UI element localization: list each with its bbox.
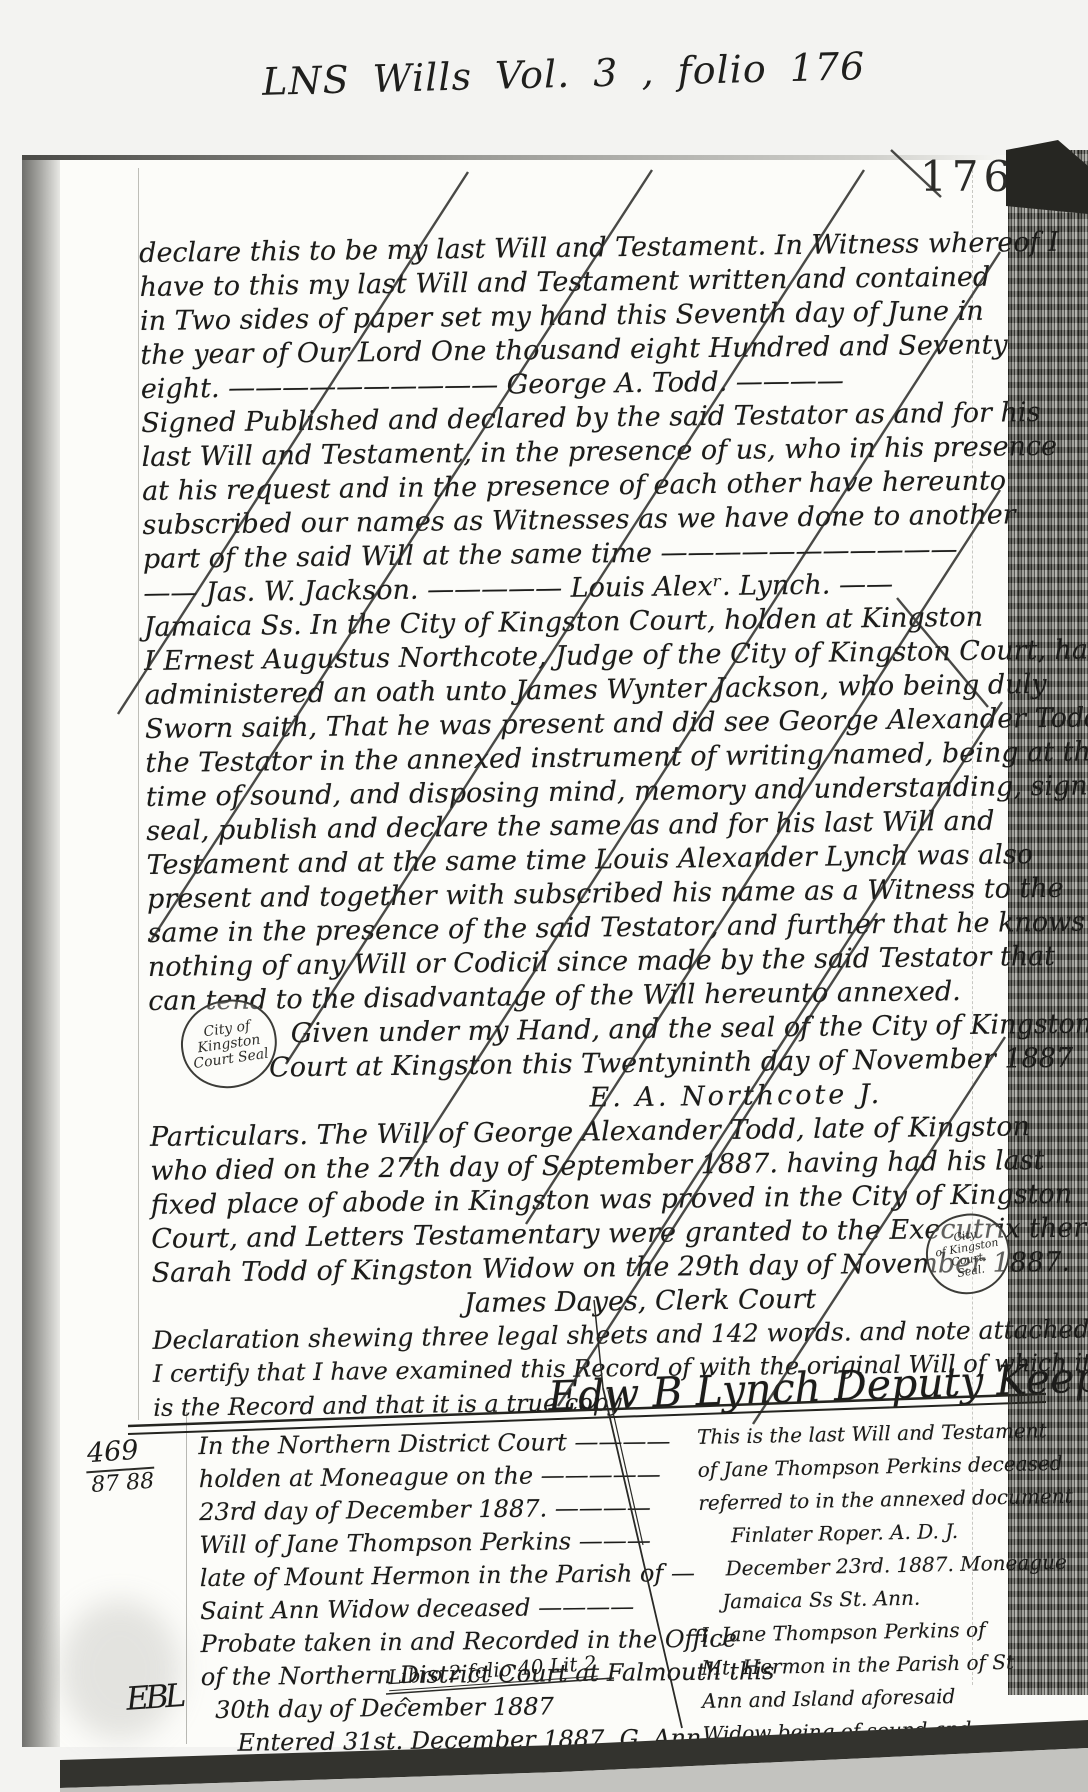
bottom-right-column: This is the last Will and Testamentof Ja…	[697, 1419, 1003, 1755]
ruled-margin-line-upper	[138, 168, 139, 1420]
docket-number: 469 87 88	[84, 1434, 156, 1499]
handwritten-line: In the Northern District Court ————	[198, 1428, 598, 1465]
scanned-will-register-page: LNS Wills Vol. 3 , folio 176 176 declare…	[0, 0, 1088, 1792]
handwritten-line: Entered 31st. December 1887. G. Ann ——	[237, 1725, 601, 1762]
handwritten-line: late of Mount Hermon in the Parish of —	[200, 1560, 600, 1597]
ruled-margin-line-lower	[186, 1412, 187, 1744]
caret-mark: ^	[398, 1694, 413, 1715]
binding-gutter-shadow	[22, 155, 60, 1747]
handwritten-line: Widow being of sound and	[703, 1716, 1004, 1755]
handwritten-line: Will of Jane Thompson Perkins ———	[199, 1527, 599, 1564]
main-record-text: declare this to be my last Will and Test…	[139, 227, 1013, 1427]
handwritten-line: December 23rd. 1887. Moneague	[725, 1551, 1000, 1589]
page-number: 176	[920, 152, 1015, 201]
archivist-header-annotation: LNS Wills Vol. 3 , folio 176	[262, 44, 866, 104]
handwritten-line: holden at Moneague on the —————	[199, 1461, 599, 1498]
handwritten-line: E. A. Northcote J.	[589, 1077, 1009, 1116]
ink-smudge	[60, 1600, 180, 1740]
handwritten-line: Jamaica Ss St. Ann.	[722, 1584, 1001, 1622]
docket-number-top: 469	[84, 1434, 154, 1474]
docket-number-bottom: 87 88	[86, 1469, 155, 1499]
handwritten-line: Saint Ann Widow deceased ————	[200, 1593, 600, 1630]
seal-text-line: Seal.	[956, 1263, 985, 1280]
margin-initials: EBL	[125, 1676, 184, 1718]
handwritten-line: Finlater Roper. A. D. J.	[731, 1518, 1000, 1556]
handwritten-line: 23rd day of December 1887. ————	[199, 1494, 599, 1531]
page-top-edge-shadow	[22, 155, 1022, 160]
